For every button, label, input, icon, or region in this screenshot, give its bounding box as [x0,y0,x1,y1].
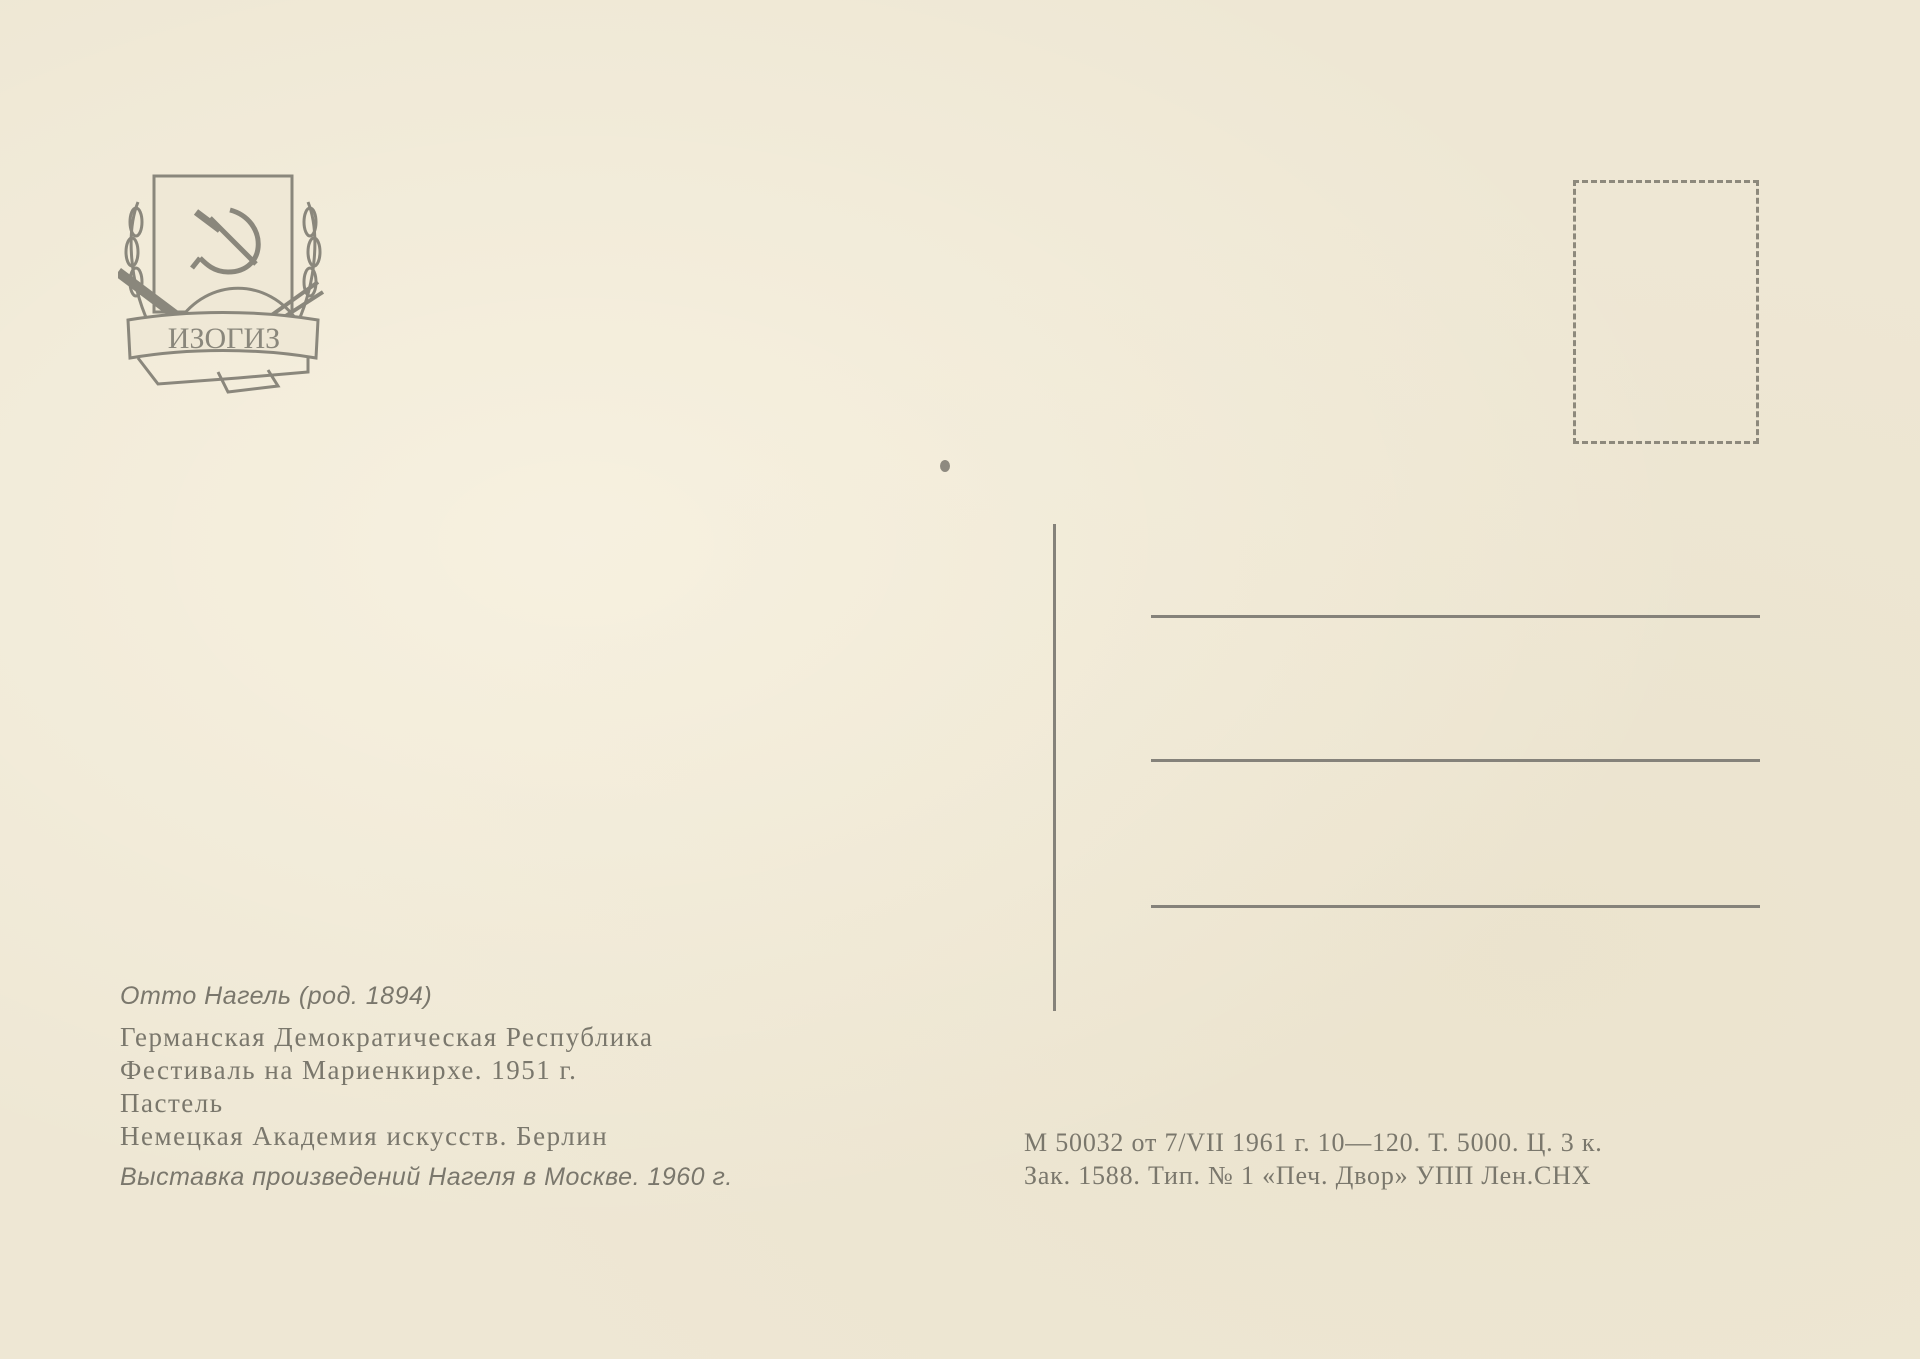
address-line-1 [1151,615,1760,618]
svg-text:ИЗОГИЗ: ИЗОГИЗ [168,322,280,355]
caption-medium: Пастель [120,1087,733,1120]
print-imprint: М 50032 от 7/VII 1961 г. 10—120. Т. 5000… [1024,1126,1603,1192]
address-line-3 [1151,905,1760,908]
address-line-2 [1151,759,1760,762]
caption-country: Германская Демократическая Республика [120,1021,733,1054]
divider-line [1053,524,1056,1011]
imprint-line-1: М 50032 от 7/VII 1961 г. 10—120. Т. 5000… [1024,1126,1603,1159]
imprint-line-2: Зак. 1588. Тип. № 1 «Печ. Двор» УПП Лен.… [1024,1159,1603,1192]
caption-exhibition: Выставка произведений Нагеля в Москве. 1… [120,1161,733,1194]
izogiz-logo: ИЗОГИЗ [118,172,330,394]
caption-collection: Немецкая Академия искусств. Берлин [120,1120,733,1153]
caption-title: Фестиваль на Мариенкирхе. 1951 г. [120,1054,733,1087]
artist-name: Отто Нагель (род. 1894) [120,980,733,1013]
artwork-caption: Отто Нагель (род. 1894) Германская Демок… [120,980,733,1194]
stamp-placeholder [1573,180,1759,444]
paper-blemish [940,460,950,472]
